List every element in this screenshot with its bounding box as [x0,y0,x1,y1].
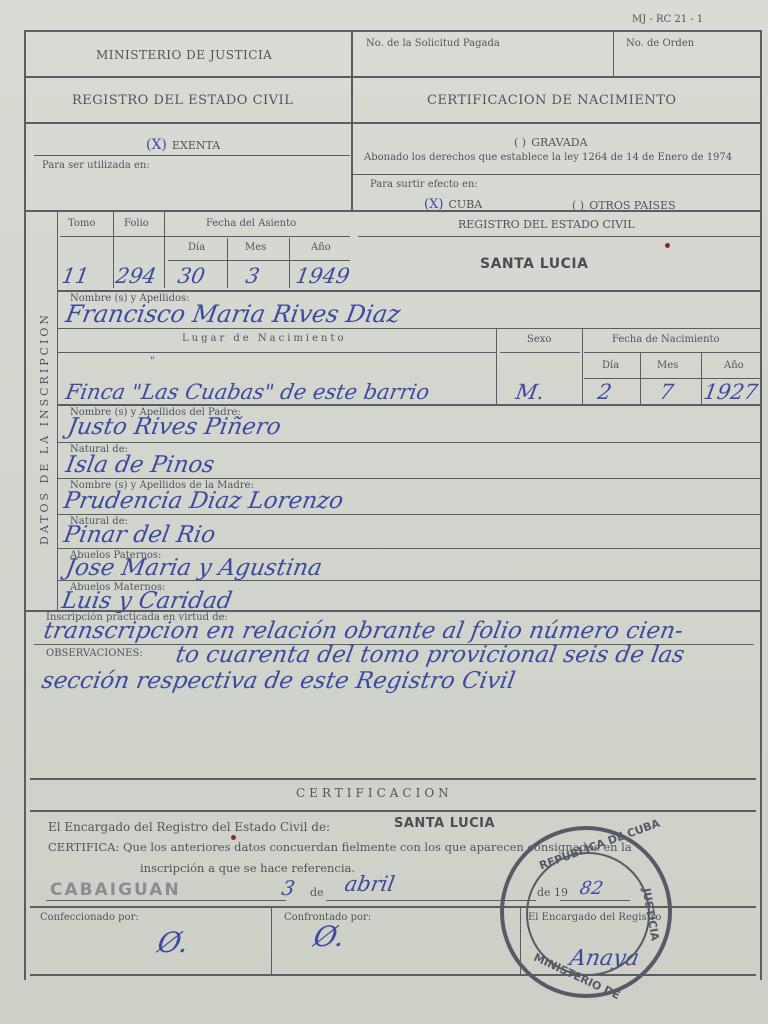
lugar-quote-mark: " [150,356,155,367]
section-label-vertical: DATOS DE LA INSCRIPCION [38,312,51,545]
header-divider [351,30,353,210]
row-line [58,514,762,515]
padre-value: Justo Rives Piñero [66,414,283,440]
row-line [34,155,350,156]
certificate-title: CERTIFICACION DE NACIMIENTO [427,93,677,108]
natural-padre-value: Isla de Pinos [64,452,217,478]
folio-label: Folio [124,218,149,229]
madre-value: Prudencia Diaz Lorenzo [62,488,346,514]
row-line [30,974,756,976]
lugar-label: Lugar de Nacimiento [182,333,347,344]
frame-right [760,30,762,980]
cert-month: abril [343,872,397,896]
natural-madre-value: Pinar del Rio [62,522,218,548]
row-line [58,442,762,443]
encargado-text: El Encargado del Registro del Estado Civ… [48,820,330,834]
ink-dot [231,835,236,840]
col-line [496,328,497,404]
sexo-value: M. [514,380,546,404]
registro-stamp: SANTA LUCIA [480,256,588,272]
col-line [582,328,583,404]
asiento-mes-label: Mes [245,242,266,253]
row-line [58,548,762,549]
nombre-value: Francisco Maria Rives Diaz [64,300,403,328]
para-ser-utilizada-label: Para ser utilizada en: [42,160,150,171]
fecha-asiento-label: Fecha del Asiento [206,218,296,229]
row-line [58,352,496,353]
observaciones-line-2: to cuarenta del tomo provicional seis de… [174,642,687,668]
ink-dot [665,243,670,248]
asiento-ano-label: Año [311,242,331,253]
certifica-text-2: inscripción a que se hace referencia. [140,861,355,875]
tomo-label: Tomo [68,218,95,229]
row-line [58,580,762,581]
row-line [358,236,762,237]
row-line [58,404,762,406]
row-line [46,900,286,901]
solicitud-label: No. de la Solicitud Pagada [366,38,500,49]
row-line [500,352,580,353]
encargado-stamp: SANTA LUCIA [394,816,495,831]
row-line [30,810,756,812]
asiento-dia-value: 30 [176,264,207,288]
registro-label: REGISTRO DEL ESTADO CIVIL [458,218,635,231]
gravada-label: GRAVADA [531,136,587,149]
place-stamp: CABAIGUAN [50,880,181,900]
nacimiento-mes-value: 7 [658,380,676,404]
exenta-option[interactable]: (X) EXENTA [146,134,220,153]
birth-certificate-document: MJ - RC 21 - 1 MINISTERIO DE JUSTICIA No… [0,0,768,1024]
exenta-checkbox[interactable]: (X) [146,137,167,153]
tomo-value: 11 [60,264,91,288]
row-line [168,260,350,261]
asiento-mes-value: 3 [244,264,262,288]
cert-de-1: de [310,886,324,899]
col-line [113,212,114,288]
col-line [271,908,272,974]
registry-label: REGISTRO DEL ESTADO CIVIL [72,93,293,108]
nacimiento-mes-label: Mes [657,360,678,371]
lugar-value: Finca "Las Cuabas" de este barrio [64,380,431,404]
row-line [58,478,762,479]
law-text: Abonado los derechos que establece la le… [364,152,732,163]
orden-divider [613,30,614,76]
row-line [58,328,762,329]
certificacion-title: CERTIFICACION [296,786,453,800]
ministry-label: MINISTERIO DE JUSTICIA [96,48,272,62]
nacimiento-ano-label: Año [724,360,744,371]
gravada-option[interactable]: ( ) GRAVADA [514,131,588,150]
form-code: MJ - RC 21 - 1 [632,14,703,25]
section-divider [57,210,58,610]
row-line [26,210,762,212]
row-line [352,174,762,175]
observaciones-line-3: sección respectiva de este Registro Civi… [40,668,517,694]
sexo-label: Sexo [527,334,551,345]
confrontado-initials: Ø. [311,920,347,953]
col-line [289,238,290,288]
row-line [26,122,762,124]
folio-value: 294 [114,264,158,288]
nacimiento-dia-value: 2 [596,380,614,404]
orden-label: No. de Orden [626,38,694,49]
observaciones-label: OBSERVACIONES: [46,648,143,659]
surtir-label: Para surtir efecto en: [370,179,478,190]
row-line [26,76,762,78]
nacimiento-ano-value: 1927 [702,380,760,404]
fecha-nacimiento-label: Fecha de Nacimiento [612,334,720,345]
confeccionado-label: Confeccionado por: [40,912,139,923]
nacimiento-dia-label: Día [602,360,619,371]
row-line [584,352,762,353]
exenta-label: EXENTA [172,139,220,152]
row-line [58,290,762,292]
row-line [584,378,762,379]
row-line [60,236,350,237]
confeccionado-initials: Ø. [155,926,191,959]
row-line [30,778,756,780]
inscripcion-line-1: transcripcion en relación obrante al fol… [42,618,685,644]
frame-top [26,30,762,32]
asiento-dia-label: Día [188,242,205,253]
cert-day: 3 [280,876,297,900]
gravada-checkbox[interactable]: ( ) [514,136,526,149]
col-line [227,238,228,288]
abuelos-paternos-value: Jose Maria y Agustina [64,555,324,581]
asiento-ano-value: 1949 [294,264,352,288]
col-line [164,212,165,288]
ministry-seal: REPUBLICA DE CUBA JUSTICIA MINISTERIO DE [500,826,672,998]
frame-left [24,30,26,980]
